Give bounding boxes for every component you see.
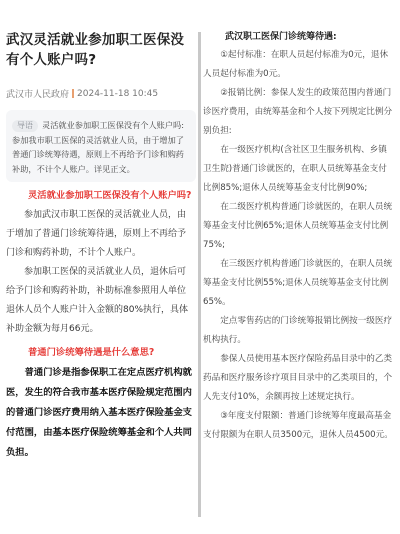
paragraph: 参加职工医保的灵活就业人员，退休后可给予门诊和购药补助，补助标准参照用人单位退休… [6,263,194,339]
summary-tag: 导语 [12,120,38,132]
section-heading: 普通门诊统筹待遇是什么意思? [6,343,194,363]
left-column: 武汉灵活就业参加职工医保没有个人账户吗? 武汉市人民政府 2024-11-18 … [6,0,194,463]
publish-date: 2024-11-18 10:45 [77,89,158,99]
paragraph: ③年度支付限额：普通门诊统筹年度最高基金支付限额为在职人员3500元，退休人员4… [203,407,395,445]
paragraph: ②报销比例：参保人发生的政策范围内普通门诊医疗费用，由统筹基金和个人按下列规定比… [203,84,395,141]
paragraph: 在二级医疗机构普通门诊就医的，在职人员统筹基金支付比例65%;退休人员统筹基金支… [203,198,395,255]
summary-box: 导语灵活就业参加职工医保没有个人账户吗:参加我市职工医保的灵活就业人员，由于增加… [6,110,196,182]
paragraph: 在三级医疗机构普通门诊就医的，在职人员统筹基金支付比例55%;退休人员统筹基金支… [203,255,395,312]
paragraph: ①起付标准：在职人员起付标准为0元，退休人员起付标准为0元。 [203,46,395,84]
summary-text: 灵活就业参加职工医保没有个人账户吗:参加我市职工医保的灵活就业人员，由于增加了普… [12,120,184,174]
article-meta: 武汉市人民政府 2024-11-18 10:45 [6,87,194,100]
paragraph: 参加武汉市职工医保的灵活就业人员，由于增加了普通门诊统筹待遇，原则上不再给予门诊… [6,206,194,263]
meta-separator [72,89,74,98]
paragraph: 定点零售药店的门诊统筹报销比例按一级医疗机构执行。 [203,312,395,350]
column-divider [198,32,201,517]
article-title: 武汉灵活就业参加职工医保没有个人账户吗? [6,30,194,70]
paragraph: 在一级医疗机构(含社区卫生服务机构、乡镇卫生院)普通门诊就医的，在职人员统筹基金… [203,141,395,198]
paragraph: 参保人员使用基本医疗保险药品目录中的乙类药品和医疗服务诊疗项目目录中的乙类项目的… [203,350,395,407]
section-heading: 武汉职工医保门诊统筹待遇: [203,28,395,46]
paragraph-bold: 普通门诊是指参保职工在定点医疗机构就医，发生的符合我市基本医疗保险规定范围内的普… [6,363,194,463]
section-heading: 灵活就业参加职工医保没有个人账户吗? [6,186,194,206]
right-column: 武汉职工医保门诊统筹待遇: ①起付标准：在职人员起付标准为0元，退休人员起付标准… [203,0,395,445]
source-name[interactable]: 武汉市人民政府 [6,87,69,100]
